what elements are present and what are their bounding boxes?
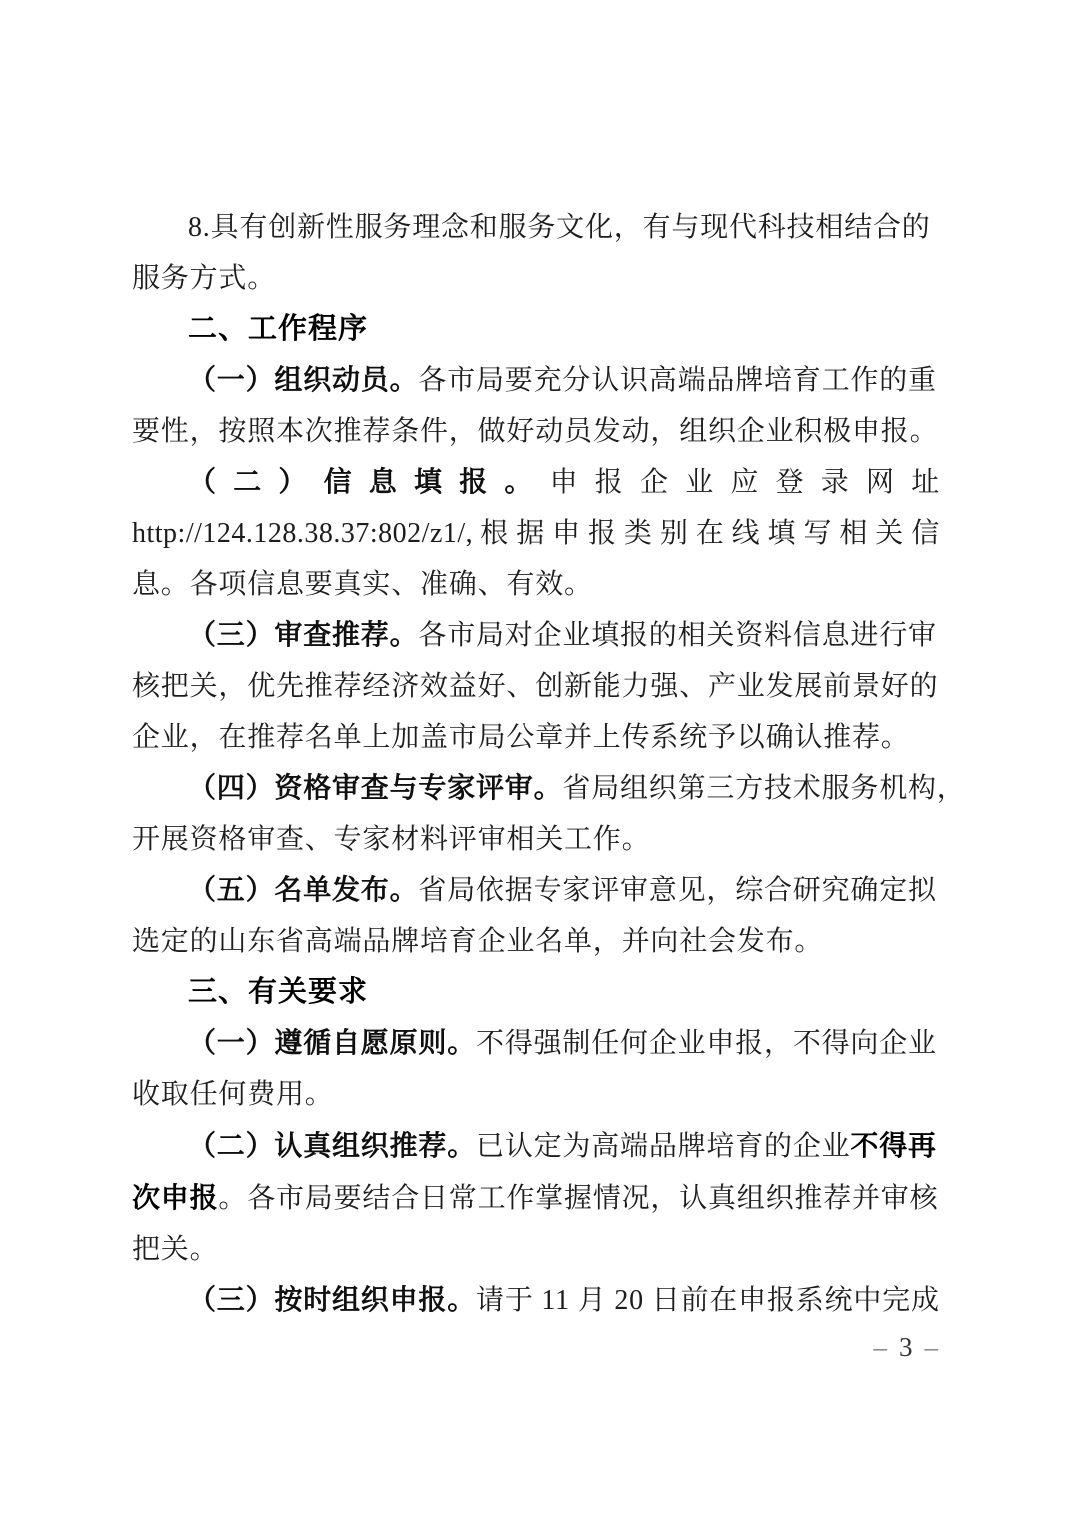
text-segment: （二）信息填报。 (188, 467, 550, 498)
text-segment: 息。各项信息要真实、准确、有效。 (132, 569, 593, 600)
text-segment: 三、有关要求 (188, 976, 368, 1008)
text-segment: 把关。 (132, 1234, 218, 1265)
text-line: 把关。 (132, 1224, 940, 1275)
text-segment: 二、工作程序 (188, 313, 368, 345)
text-segment: 根据申报类别在线填写相关信 (473, 518, 940, 549)
text-segment: 选定的山东省高端品牌培育企业名单，并向社会发布。 (132, 926, 823, 957)
text-line: （二）认真组织推荐。已认定为高端品牌培育的企业不得再 (132, 1120, 940, 1172)
text-line: 核把关，优先推荐经济效益好、创新能力强、产业发展前景好的 (132, 661, 940, 712)
text-line: （三）按时组织申报。请于 11 月 20 日前在申报系统中完成 (132, 1275, 940, 1326)
text-line: （三）审查推荐。各市局对企业填报的相关资料信息进行审 (132, 610, 940, 661)
text-segment: 次申报 (132, 1182, 218, 1213)
page-number-dash-right: – (925, 1332, 939, 1362)
text-line: http://124.128.38.37:802/z1/,根据申报类别在线填写相… (132, 508, 940, 559)
text-segment: 各市局对企业填报的相关资料信息进行审 (418, 620, 936, 651)
text-segment: 已认定为高端品牌培育的企业 (476, 1131, 850, 1162)
text-line: 息。各项信息要真实、准确、有效。 (132, 559, 940, 610)
section-heading: 三、有关要求 (132, 967, 940, 1018)
text-line: （四）资格审查与专家评审。省局组织第三方技术服务机构， (132, 763, 940, 814)
text-segment: （三）审查推荐。 (188, 620, 418, 651)
text-segment: 申报企业应登录网址 (550, 467, 940, 498)
text-segment: 核把关，优先推荐经济效益好、创新能力强、产业发展前景好的 (132, 671, 938, 702)
text-segment: 。各市局要结合日常工作掌握情况，认真组织推荐并审核 (218, 1183, 938, 1214)
text-segment: 企业，在推荐名单上加盖市局公章并上传系统予以确认推荐。 (132, 722, 910, 753)
page-number-dash-left: – (874, 1332, 888, 1362)
text-line: 次申报。各市局要结合日常工作掌握情况，认真组织推荐并审核 (132, 1172, 940, 1224)
text-segment: 8.具有创新性服务理念和服务文化，有与现代科技相结合的 (188, 212, 931, 243)
text-line: 选定的山东省高端品牌培育企业名单，并向社会发布。 (132, 916, 940, 967)
section-heading: 二、工作程序 (132, 304, 940, 355)
text-line: 收取任何费用。 (132, 1069, 940, 1120)
text-segment: （五）名单发布。 (188, 875, 418, 906)
text-line: （二）信息填报。申报企业应登录网址 (132, 457, 940, 508)
page-number-value: 3 (899, 1332, 913, 1362)
text-line: 服务方式。 (132, 253, 940, 304)
text-line: 开展资格审查、专家材料评审相关工作。 (132, 814, 940, 865)
text-segment: 省局组织第三方技术服务机构， (562, 773, 965, 804)
text-segment: （三）按时组织申报。 (188, 1285, 476, 1316)
text-segment: 省局依据专家评审意见，综合研究确定拟 (418, 875, 936, 906)
text-line: （一）组织动员。各市局要充分认识高端品牌培育工作的重 (132, 355, 940, 406)
text-segment: 不得强制任何企业申报，不得向企业 (476, 1028, 937, 1059)
page-number: –3– (874, 1331, 939, 1363)
text-segment: 要性，按照本次推荐条件，做好动员发动，组织企业积极申报。 (132, 416, 938, 447)
text-segment: 不得再 (850, 1130, 936, 1161)
text-segment: 各市局要充分认识高端品牌培育工作的重 (418, 365, 936, 396)
text-segment: （一）遵循自愿原则。 (188, 1028, 476, 1059)
url-text: http://124.128.38.37:802/z1/, (132, 518, 473, 549)
text-segment: 服务方式。 (132, 263, 276, 294)
text-line: 8.具有创新性服务理念和服务文化，有与现代科技相结合的 (132, 202, 940, 253)
text-line: 要性，按照本次推荐条件，做好动员发动，组织企业积极申报。 (132, 406, 940, 457)
text-line: （一）遵循自愿原则。不得强制任何企业申报，不得向企业 (132, 1018, 940, 1069)
document-body: 8.具有创新性服务理念和服务文化，有与现代科技相结合的服务方式。二、工作程序（一… (132, 202, 940, 1326)
text-segment: （四）资格审查与专家评审。 (188, 773, 562, 804)
text-segment: 收取任何费用。 (132, 1079, 334, 1110)
text-segment: 开展资格审查、专家材料评审相关工作。 (132, 824, 650, 855)
text-segment: （二）认真组织推荐。 (188, 1131, 476, 1162)
text-line: （五）名单发布。省局依据专家评审意见，综合研究确定拟 (132, 865, 940, 916)
text-line: 企业，在推荐名单上加盖市局公章并上传系统予以确认推荐。 (132, 712, 940, 763)
text-segment: （一）组织动员。 (188, 365, 418, 396)
text-segment: 请于 11 月 20 日前在申报系统中完成 (476, 1285, 940, 1316)
document-page: 8.具有创新性服务理念和服务文化，有与现代科技相结合的服务方式。二、工作程序（一… (0, 0, 1080, 1527)
